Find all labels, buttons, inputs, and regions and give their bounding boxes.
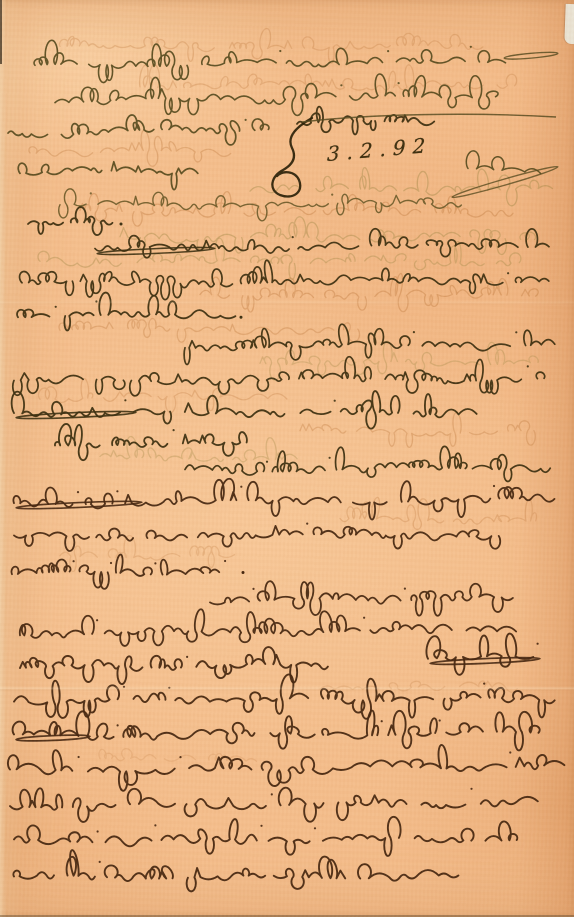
ink-dot bbox=[306, 523, 308, 525]
manuscript-scan: 3.2.92 bbox=[0, 0, 574, 917]
ink-dot bbox=[78, 756, 80, 758]
ink-dot bbox=[537, 643, 539, 645]
ink-dot bbox=[527, 365, 529, 367]
ink-dot bbox=[173, 429, 175, 431]
ink-dot bbox=[266, 461, 268, 463]
ink-dot bbox=[224, 560, 226, 562]
signature-rule-stroke bbox=[302, 114, 556, 122]
ink-dot bbox=[90, 192, 92, 194]
ink-dot bbox=[340, 84, 342, 86]
ink-dot bbox=[240, 486, 242, 488]
handwriting-line bbox=[55, 74, 498, 115]
signature-paraph bbox=[272, 118, 312, 197]
handwriting-line bbox=[14, 817, 517, 856]
ink-dot bbox=[154, 562, 156, 564]
ink-dot bbox=[260, 825, 262, 827]
ink-dot bbox=[245, 119, 247, 121]
ink-dot bbox=[413, 331, 415, 333]
ink-dot bbox=[97, 830, 99, 832]
period-dot bbox=[120, 222, 123, 225]
ink-dot bbox=[381, 720, 383, 722]
handwriting-line bbox=[8, 745, 564, 791]
scan-edge-left-dark bbox=[0, 0, 2, 64]
ink-dot bbox=[439, 719, 441, 721]
ink-dot bbox=[483, 683, 485, 685]
ink-dot bbox=[55, 306, 57, 308]
ink-dot bbox=[398, 82, 400, 84]
handwriting-line bbox=[11, 555, 233, 589]
ink-dot bbox=[120, 788, 122, 790]
ink-dot bbox=[387, 50, 389, 52]
ink-dot bbox=[314, 827, 316, 829]
bleedthrough-script-line bbox=[80, 192, 513, 226]
handwriting-line bbox=[13, 479, 554, 520]
ink-dot bbox=[470, 788, 472, 790]
ink-dot bbox=[509, 751, 511, 753]
ink-dot bbox=[470, 46, 472, 48]
tail-flourish-oval bbox=[504, 51, 558, 60]
ink-dot bbox=[404, 588, 406, 590]
bleedthrough-script-line bbox=[250, 168, 552, 206]
ink-dot bbox=[334, 400, 336, 402]
handwriting-line bbox=[14, 526, 500, 551]
handwriting-line bbox=[426, 634, 543, 675]
handwriting-line bbox=[13, 357, 545, 396]
ink-dot bbox=[493, 485, 495, 487]
handwriting-line bbox=[13, 711, 540, 751]
period-dot bbox=[242, 571, 245, 574]
stroke-flourish-oval bbox=[16, 734, 90, 742]
handwriting-line bbox=[10, 788, 538, 822]
ink-dot bbox=[96, 619, 98, 621]
bleedthrough-script-line bbox=[300, 413, 535, 448]
ink-dot bbox=[110, 562, 112, 564]
bleedthrough-script-line bbox=[60, 28, 483, 63]
handwriting-line bbox=[12, 391, 477, 429]
ink-dot bbox=[179, 756, 181, 758]
bleedthrough-script-line bbox=[120, 217, 536, 255]
handwriting-line bbox=[20, 647, 328, 684]
handwriting-line bbox=[13, 850, 458, 891]
ink-dot bbox=[77, 491, 79, 493]
handwriting-line bbox=[17, 293, 235, 331]
ink-dot bbox=[515, 331, 517, 333]
bleedthrough-script-line bbox=[100, 436, 297, 461]
handwriting-line bbox=[18, 162, 198, 190]
scanner-edge-top-right bbox=[564, 4, 574, 44]
bleedthrough-script-line bbox=[59, 319, 359, 343]
handwriting-line bbox=[466, 151, 556, 175]
stroke-flourish-oval bbox=[16, 500, 142, 510]
ink-dot bbox=[279, 50, 281, 52]
ink-dot bbox=[117, 724, 119, 726]
ink-dot bbox=[507, 272, 509, 274]
handwriting-line bbox=[210, 581, 513, 616]
handwriting-line bbox=[20, 609, 516, 646]
handwriting-layer bbox=[0, 0, 574, 917]
ink-dot bbox=[154, 824, 156, 826]
ink-dot bbox=[99, 861, 101, 863]
ink-dot bbox=[329, 457, 331, 459]
bleedthrough-script-line bbox=[140, 65, 517, 90]
ink-dot bbox=[331, 194, 333, 196]
handwriting-line bbox=[14, 674, 555, 718]
handwriting-line bbox=[20, 260, 549, 299]
ink-dot bbox=[292, 236, 294, 238]
bleedthrough-script-line bbox=[29, 130, 231, 166]
ink-dot bbox=[252, 588, 254, 590]
handwriting-line bbox=[185, 446, 550, 481]
scan-edge-left-highlight bbox=[0, 0, 6, 917]
ink-dot bbox=[186, 656, 188, 658]
period-dot bbox=[240, 316, 243, 319]
paper-crease-faint bbox=[0, 300, 574, 305]
ink-dot bbox=[124, 399, 126, 401]
ink-dot bbox=[271, 793, 273, 795]
paper-crease bbox=[0, 686, 574, 691]
handwriting-line bbox=[55, 424, 255, 460]
handwriting-line bbox=[8, 115, 269, 145]
ink-dot bbox=[116, 490, 118, 492]
handwriting-line bbox=[184, 324, 555, 364]
ink-dot bbox=[73, 560, 75, 562]
ink-dot bbox=[363, 617, 365, 619]
